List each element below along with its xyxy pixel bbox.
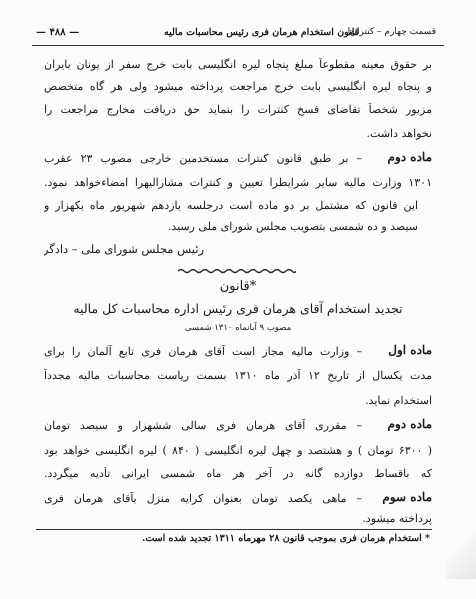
text-line: مزبور شخصاً تقاضای فسخ کنترات را بنماید … xyxy=(44,103,432,117)
law-subtitle: تجدید استخدام آقای هرمان فری رئیس اداره … xyxy=(0,301,476,316)
text-line: بر حقوق معینه مقطوعاً مبلغ پنجاه لیره ان… xyxy=(44,58,432,72)
text-line: و پنجاه لیره انگلیسی بابت خرج مراجعت پرد… xyxy=(44,80,432,94)
law-approval-date: مصوب ۹ آبانماه ۱۳۱۰ شمسی xyxy=(0,323,476,333)
text-line: این قانون که مشتمل بر دو ماده است درجلسه… xyxy=(44,199,418,213)
page-number: — ۴۸۸ — xyxy=(36,27,79,38)
section-title: قسمت چهارم – کنترانها xyxy=(348,27,436,37)
article-heading: ماده اول xyxy=(360,343,432,357)
decorative-divider xyxy=(178,268,296,274)
signature: رئیس مجلس شورای ملی – دادگر xyxy=(44,242,204,256)
article-heading: ماده دوم xyxy=(360,150,432,164)
running-title: قانون استخدام هرمان فری رئیس محاسبات مال… xyxy=(164,27,359,38)
law-title: *قانون xyxy=(0,279,476,294)
text-line: ۱۳۰۱ وزارت مالیه سایر شرایطرا تعیین و کن… xyxy=(44,176,432,190)
article-heading: ماده سوم xyxy=(360,490,432,504)
text-line: ( ۶۳۰۰ تومان ) و هشتصد و چهل لیره انگلیس… xyxy=(44,444,432,458)
article-heading: ماده دوم xyxy=(360,417,432,431)
text-line: استخدام نماید. xyxy=(44,394,432,408)
footnote-rule xyxy=(36,529,432,530)
text-line: – مقرری آقای هرمان فری سالی ششهزار و سیص… xyxy=(44,419,362,433)
text-line: نخواهد داشت. xyxy=(44,127,432,141)
scanned-page: — ۴۸۸ — قانون استخدام هرمان فری رئیس محا… xyxy=(0,0,476,599)
header-rule xyxy=(32,45,444,46)
text-line: – بر طبق قانون کنترات مستخدمین خارجی مصو… xyxy=(44,152,362,166)
text-line: – ماهی یکصد تومان بعنوان کرایه منزل بآقا… xyxy=(44,492,362,506)
footnote: * استخدام هرمان فری بموجب قانون ۲۸ مهرما… xyxy=(120,533,430,544)
text-line: مدت یکسال از تاریخ ۱۲ آذر ماه ۱۳۱۰ بسمت … xyxy=(44,369,432,383)
page-shadow xyxy=(446,519,476,579)
text-line: – وزارت مالیه مجاز است آقای هرمان فری تا… xyxy=(44,345,362,359)
text-line: پرداخته میشود. xyxy=(44,512,432,526)
page-header: — ۴۸۸ — قانون استخدام هرمان فری رئیس محا… xyxy=(36,27,436,43)
text-line: که باقساط دوازده گانه در آخر هر ماه شمسی… xyxy=(44,467,432,481)
text-line: سیصد و ده شمسی بتصویب مجلس شورای ملی رسی… xyxy=(44,220,418,234)
